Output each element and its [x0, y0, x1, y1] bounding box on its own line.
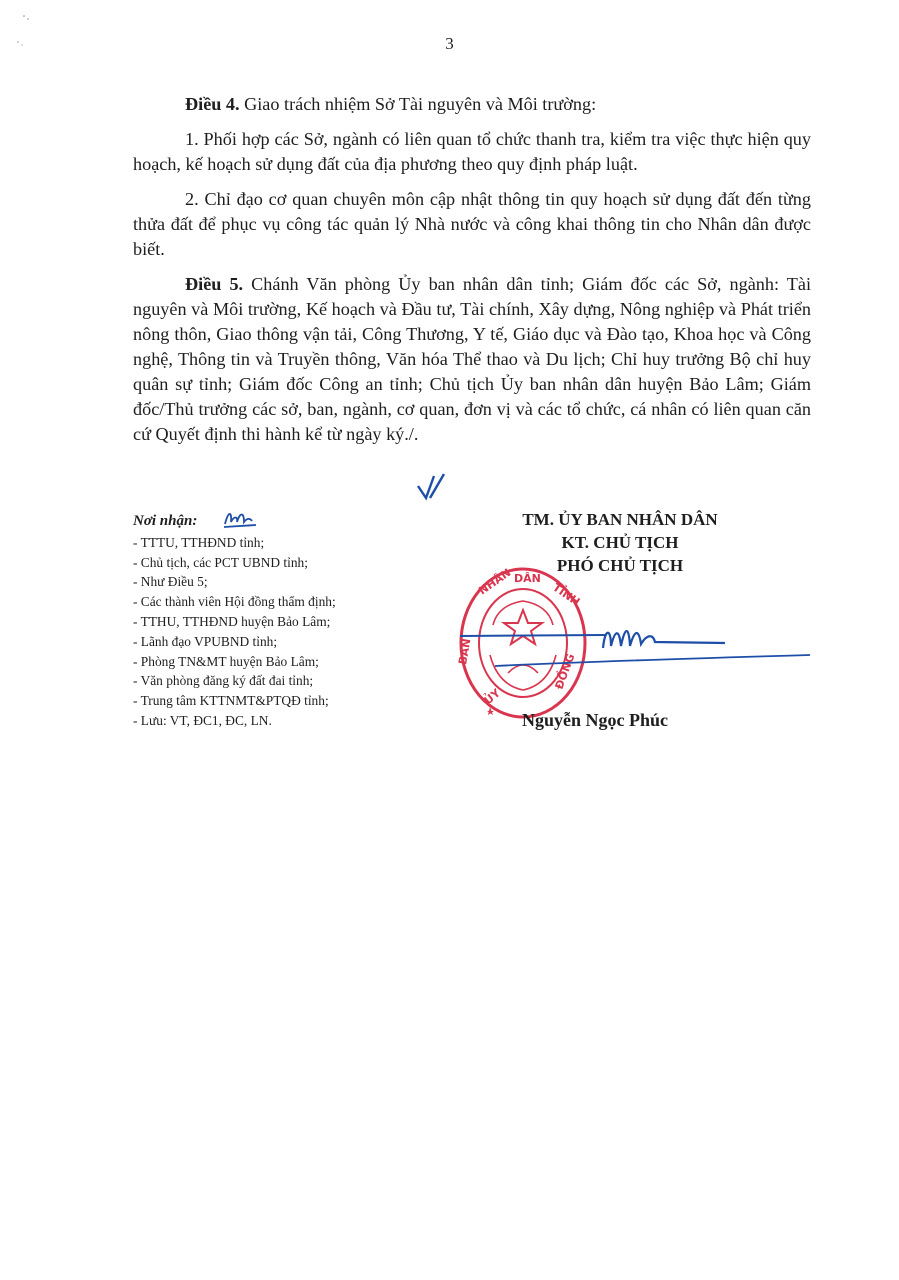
recipient-item: - Như Điều 5;	[133, 572, 433, 592]
signature-line-1: TM. ỦY BAN NHÂN DÂN	[470, 508, 770, 531]
recipient-item: - Phòng TN&MT huyện Bảo Lâm;	[133, 652, 433, 672]
article-4-text: Giao trách nhiệm Sở Tài nguyên và Môi tr…	[240, 94, 597, 114]
article-4: Điều 4. Giao trách nhiệm Sở Tài nguyên v…	[133, 92, 811, 457]
signature-line-2: KT. CHỦ TỊCH	[470, 531, 770, 554]
recipients-title: Nơi nhận:	[133, 512, 433, 532]
article-4-clause-1: 1. Phối hợp các Sở, ngành có liên quan t…	[133, 127, 811, 177]
article-5-text: Chánh Văn phòng Ủy ban nhân dân tỉnh; Gi…	[133, 274, 811, 444]
recipient-item: - Lưu: VT, ĐC1, ĐC, LN.	[133, 711, 433, 731]
recipients-list: Nơi nhận: - TTTU, TTHĐND tỉnh; - Chủ tịc…	[133, 512, 433, 731]
recipient-item: - Văn phòng đăng ký đất đai tỉnh;	[133, 671, 433, 691]
article-4-heading: Điều 4. Giao trách nhiệm Sở Tài nguyên v…	[133, 92, 811, 117]
article-5-label: Điều 5.	[185, 274, 243, 294]
signature-line-3: PHÓ CHỦ TỊCH	[470, 554, 770, 577]
recipient-item: - Chủ tịch, các PCT UBND tỉnh;	[133, 553, 433, 573]
checkmark-initial-icon	[414, 470, 456, 502]
article-5: Điều 5. Chánh Văn phòng Ủy ban nhân dân …	[133, 272, 811, 447]
recipient-item: - Trung tâm KTTNMT&PTQĐ tỉnh;	[133, 691, 433, 711]
signature-block: TM. ỦY BAN NHÂN DÂN KT. CHỦ TỊCH PHÓ CHỦ…	[470, 508, 770, 577]
initials-icon	[222, 508, 262, 530]
recipient-item: - TTTU, TTHĐND tỉnh;	[133, 533, 433, 553]
page-number: 3	[0, 34, 899, 54]
article-4-label: Điều 4.	[185, 94, 240, 114]
signer-name: Nguyễn Ngọc Phúc	[522, 710, 668, 731]
recipient-item: - TTHU, TTHĐND huyện Bảo Lâm;	[133, 612, 433, 632]
article-4-clause-2: 2. Chỉ đạo cơ quan chuyên môn cập nhật t…	[133, 187, 811, 262]
svg-text:TỈNH: TỈNH	[550, 580, 583, 609]
handwritten-signature-icon	[455, 620, 815, 680]
recipient-item: - Lãnh đạo VPUBND tỉnh;	[133, 632, 433, 652]
recipient-item: - Các thành viên Hội đồng thẩm định;	[133, 592, 433, 612]
